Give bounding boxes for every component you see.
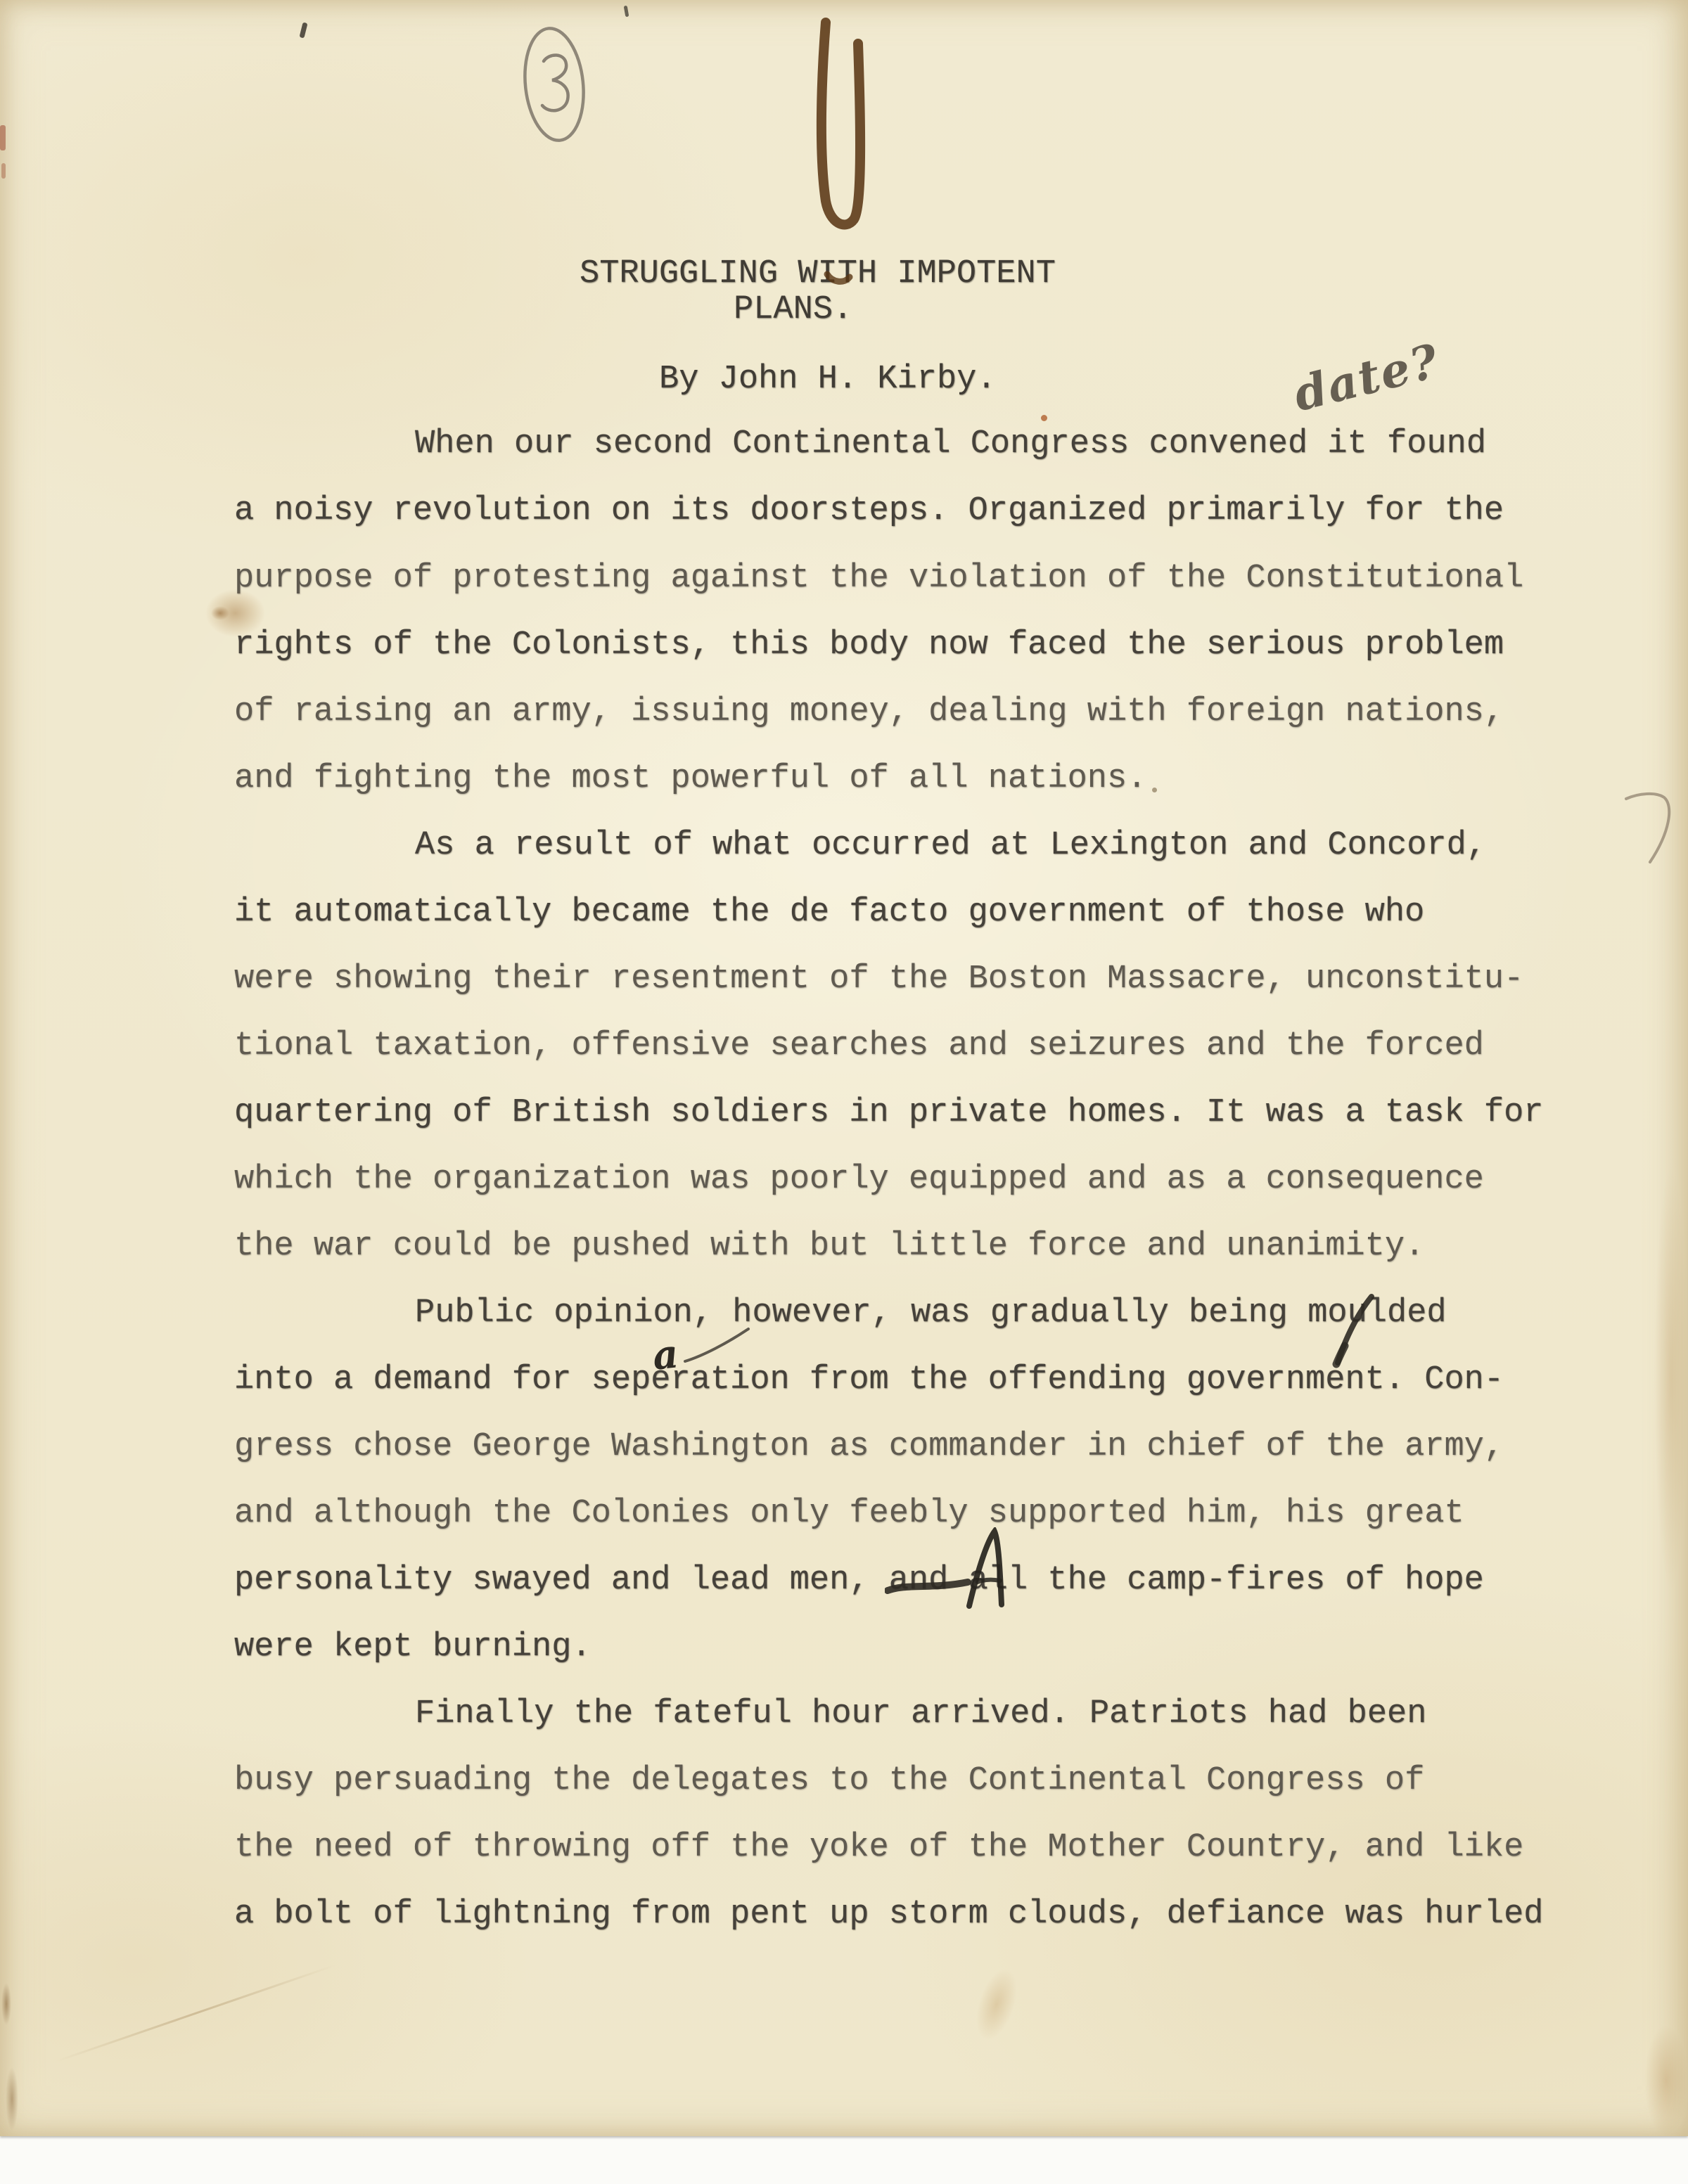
scanned-typescript-page: { "doc": { "title_line1": "STRUGGLING WI… [0, 0, 1688, 2184]
typed-line: When our second Continental Congress con… [415, 425, 1486, 463]
pencil-circled-page-number [512, 18, 596, 151]
typed-line: As a result of what occurred at Lexingto… [415, 826, 1486, 865]
insertion-tail-stroke [675, 1322, 760, 1371]
typed-line: the need of throwing off the yoke of the… [234, 1828, 1523, 1867]
typed-line: and fighting the most powerful of all na… [234, 759, 1146, 798]
typed-line: were kept burning. [234, 1628, 592, 1666]
typed-line: were showing their resentment of the Bos… [234, 960, 1523, 998]
typed-line: quartering of British soldiers in privat… [234, 1093, 1544, 1132]
typed-line: of raising an army, issuing money, deali… [234, 693, 1504, 731]
typed-line: busy persuading the delegates to the Con… [234, 1761, 1424, 1800]
ink-deletion-slash [1331, 1292, 1387, 1370]
typed-line: Finally the fateful hour arrived. Patrio… [415, 1695, 1426, 1733]
typed-line: which the organization was poorly equipp… [234, 1160, 1484, 1199]
typed-line: gress chose George Washington as command… [234, 1427, 1504, 1466]
typed-line: and although the Colonies only feebly su… [234, 1494, 1464, 1533]
typed-line: the war could be pushed with but little … [234, 1227, 1424, 1266]
typed-line: rights of the Colonists, this body now f… [234, 626, 1504, 664]
inserted-capital-a [962, 1527, 1011, 1612]
byline: By John H. Kirby. [659, 360, 996, 399]
typed-line: into a demand for seperation from the of… [234, 1361, 1504, 1399]
pencil-digit-3 [542, 55, 568, 110]
typed-line: it automatically became the de facto gov… [234, 893, 1424, 932]
typed-line: a bolt of lightning from pent up storm c… [234, 1895, 1544, 1934]
typed-line: purpose of protesting against the violat… [234, 559, 1523, 598]
typed-line: a noisy revolution on its doorsteps. Org… [234, 492, 1504, 530]
typed-line: tional taxation, offensive searches and … [234, 1027, 1484, 1065]
brown-ink-u-mark [809, 13, 893, 308]
typed-line: Public opinion, however, was gradually b… [415, 1294, 1447, 1332]
ink-hook-mark [827, 274, 850, 281]
pencil-margin-tick [1622, 789, 1685, 870]
ink-strikethrough-and [885, 1574, 973, 1598]
typed-line: personality swayed and lead men, and all… [234, 1561, 1484, 1600]
